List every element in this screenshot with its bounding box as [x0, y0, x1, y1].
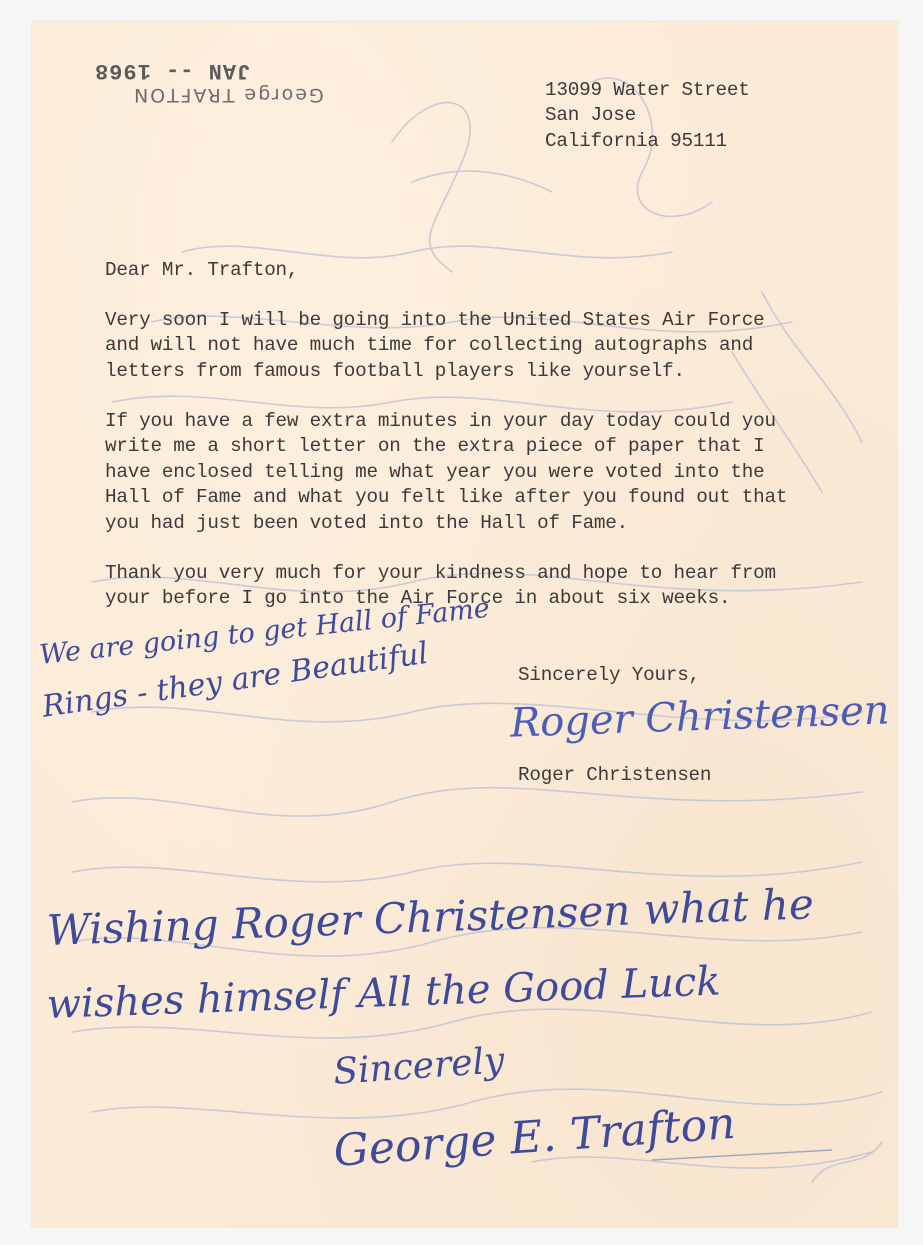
body-line: have enclosed telling me what year you w…	[105, 460, 787, 485]
return-address: 13099 Water StreetSan JoseCalifornia 951…	[545, 78, 750, 154]
address-line: California 95111	[545, 129, 750, 154]
body-paragraph-2: If you have a few extra minutes in your …	[105, 409, 787, 536]
body-line: write me a short letter on the extra pie…	[105, 434, 787, 459]
handwritten-reply-line-1: Wishing Roger Christensen what he	[46, 879, 815, 955]
body-line: Thank you very much for your kindness an…	[105, 561, 776, 586]
handwritten-signature-roger: Roger Christensen	[509, 687, 890, 746]
body-line: letters from famous football players lik…	[105, 359, 765, 384]
body-line: If you have a few extra minutes in your …	[105, 409, 787, 434]
body-line: and will not have much time for collecti…	[105, 333, 765, 358]
address-line: 13099 Water Street	[545, 78, 750, 103]
salutation: Dear Mr. Trafton,	[105, 258, 298, 283]
body-line: you had just been voted into the Hall of…	[105, 511, 787, 536]
handwritten-reply-closing: Sincerely	[332, 1040, 506, 1093]
body-paragraph-1: Very soon I will be going into the Unite…	[105, 308, 765, 384]
handwritten-signature-trafton: George E. Trafton	[332, 1098, 737, 1177]
body-line: Hall of Fame and what you felt like afte…	[105, 485, 787, 510]
letter-page: JAN -- 1968 George TRAFTON 13099 Water S…	[32, 22, 897, 1227]
received-date-stamp: JAN -- 1968	[94, 58, 250, 83]
address-line: San Jose	[545, 103, 750, 128]
closing: Sincerely Yours,	[518, 663, 700, 688]
body-line: Very soon I will be going into the Unite…	[105, 308, 765, 333]
typed-signature: Roger Christensen	[518, 763, 711, 788]
pencil-annotation: George TRAFTON	[132, 84, 324, 106]
handwritten-reply-line-2: wishes himself All the Good Luck	[46, 958, 721, 1027]
